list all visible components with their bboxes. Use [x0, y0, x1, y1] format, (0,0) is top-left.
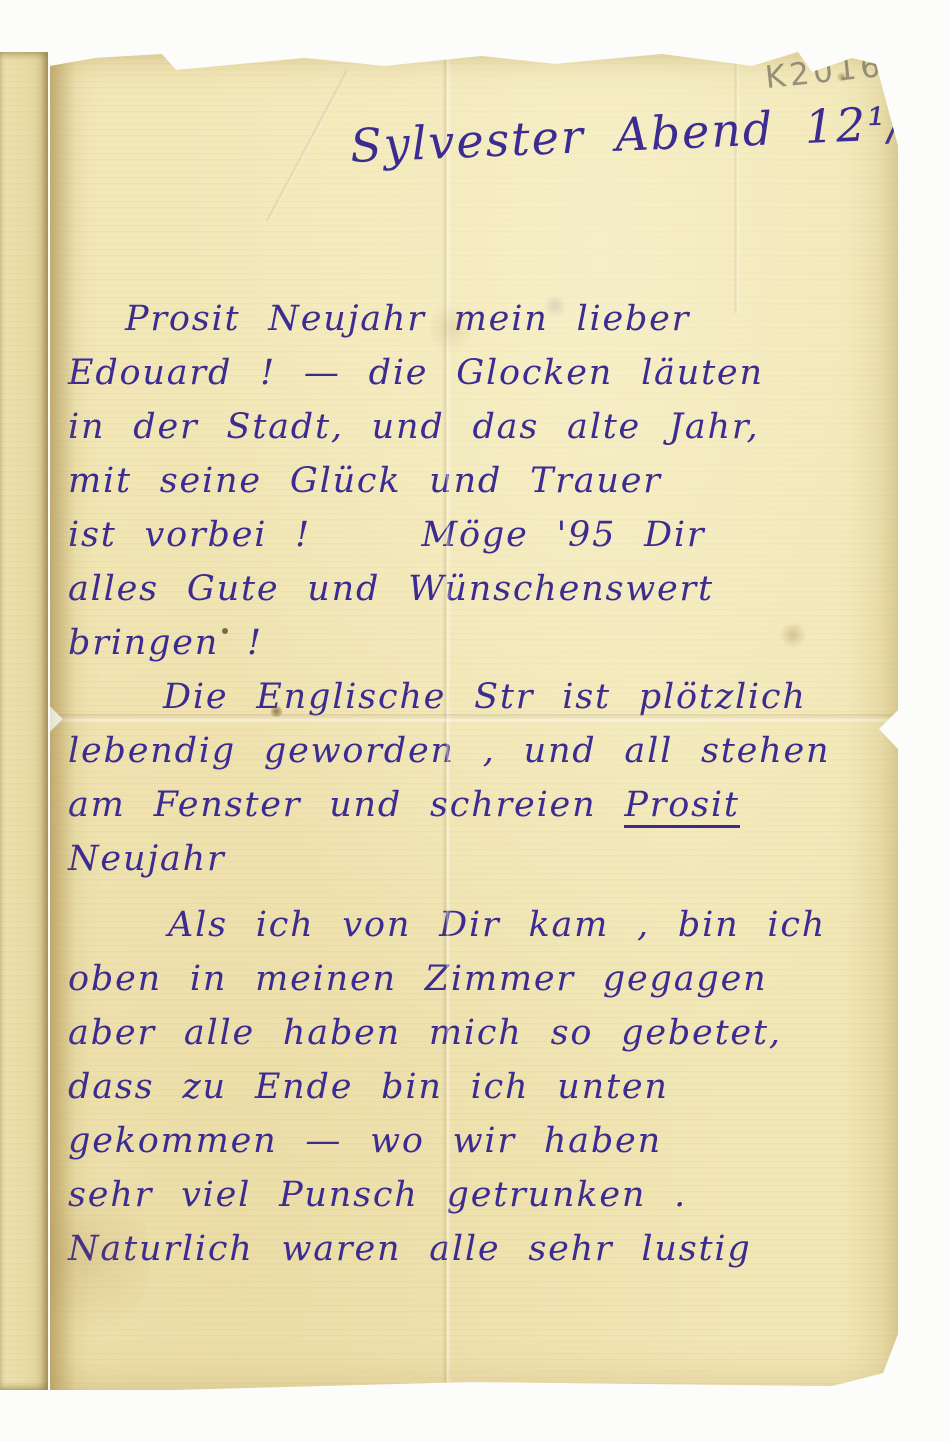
- archival-mark-pencil: K2016: [763, 48, 885, 96]
- letter-line: aber alle haben mich so gebetet,: [68, 1006, 888, 1060]
- letter-line: am Fenster und schreien Prosit: [68, 778, 888, 832]
- underlined-word: Prosit: [624, 785, 739, 828]
- letter-line: sehr viel Punsch getrunken .: [68, 1168, 888, 1222]
- letter-line: Als ich von Dir kam , bin ich: [68, 898, 888, 952]
- letter-paper: K2016 Sylvester Abend 12¹/₂ Prosit Neuja…: [50, 48, 898, 1390]
- letter-line: alles Gute und Wünschenswert: [68, 562, 888, 616]
- letter-body: Prosit Neujahr mein lieberEdouard ! — di…: [68, 292, 888, 1276]
- letter-line: in der Stadt, und das alte Jahr,: [68, 400, 888, 454]
- letter-line: oben in meinen Zimmer gegagen: [68, 952, 888, 1006]
- letter-line: ist vorbei ! Möge '95 Dir: [68, 508, 888, 562]
- diagonal-crease: [266, 70, 349, 222]
- letter-line: gekommen — wo wir haben: [68, 1114, 888, 1168]
- letter-line: Prosit Neujahr mein lieber: [68, 292, 888, 346]
- letter-line: Neujahr: [68, 832, 888, 886]
- secondary-vertical-crease: [733, 48, 740, 313]
- scan-background: { "colors":{ "ink":"#3c2c92", "paper":"#…: [0, 0, 950, 1442]
- letter-line: dass zu Ende bin ich unten: [68, 1060, 888, 1114]
- letter-line: bringen !: [68, 616, 888, 670]
- letter-line: Naturlich waren alle sehr lustig: [68, 1222, 888, 1276]
- letter-line: Edouard ! — die Glocken läuten: [68, 346, 888, 400]
- letter-dateline: Sylvester Abend 12¹/₂: [349, 97, 879, 173]
- letter-line: lebendig geworden , und all stehen: [68, 724, 888, 778]
- letter-line: mit seine Glück und Trauer: [68, 454, 888, 508]
- horizontal-fold-crease: [50, 714, 898, 723]
- second-leaf-edge: [0, 52, 48, 1390]
